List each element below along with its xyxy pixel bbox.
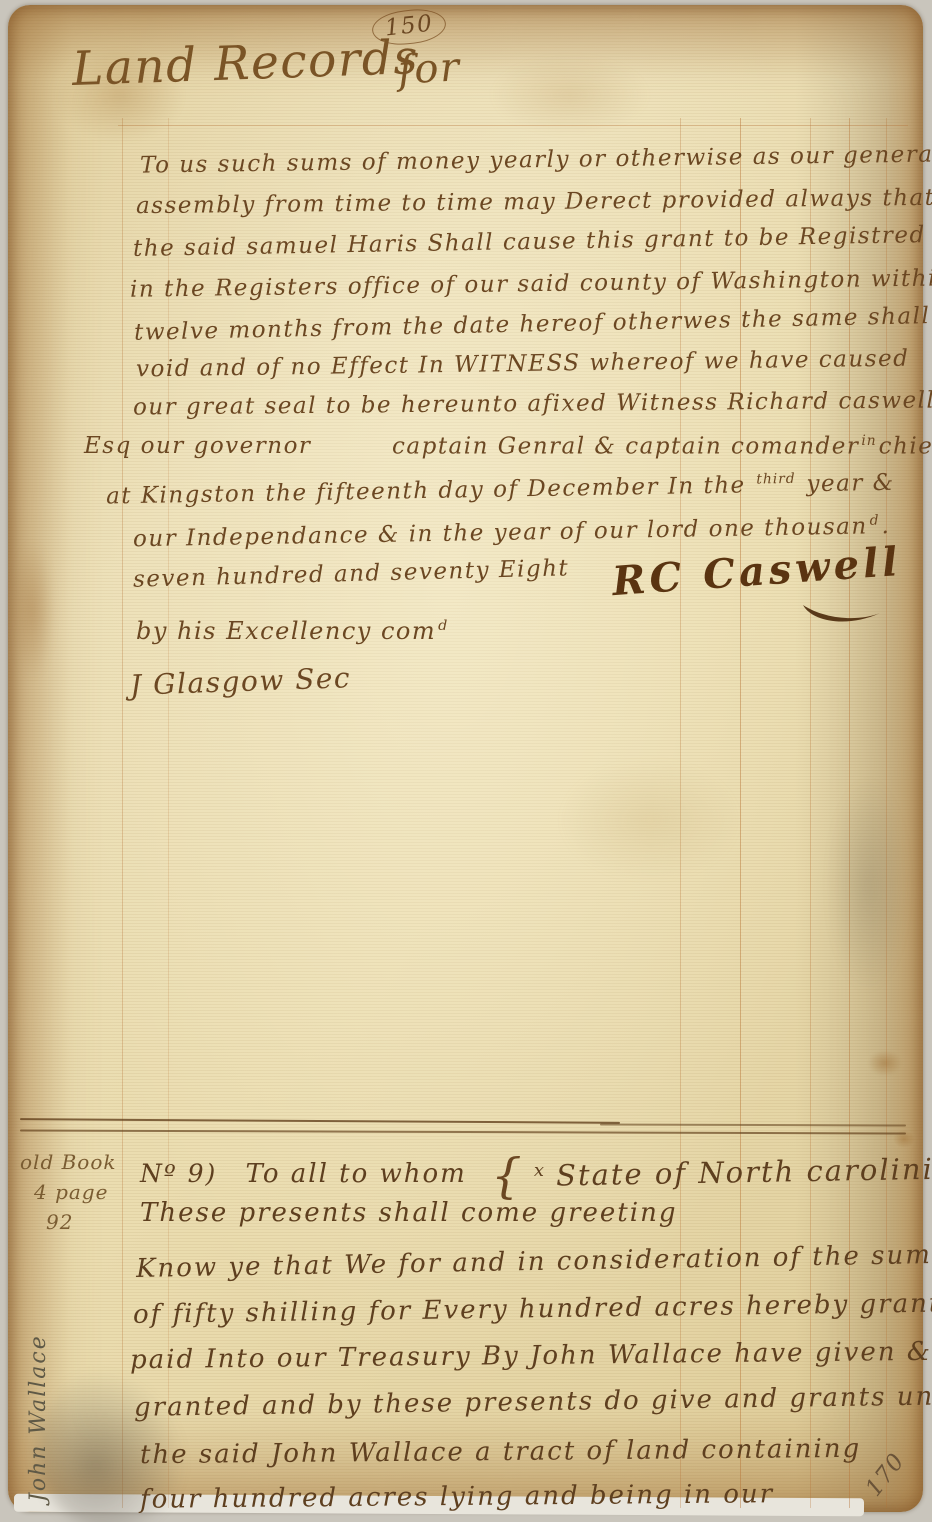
margin-grantee-name: John Wallace bbox=[26, 1262, 51, 1502]
grant1-line8-post: chief bbox=[879, 434, 932, 460]
grant1-line10-superscript: d bbox=[869, 513, 879, 529]
grant2-heading-line: Nº 9) To all to whom { x State of North … bbox=[140, 1148, 932, 1204]
attestation-superscript: d bbox=[438, 618, 448, 634]
grant1-line8-superscript: in bbox=[861, 433, 876, 449]
grant2-text-line: These presents shall come greeting bbox=[140, 1198, 677, 1228]
attestation-line: by his Excellency comd bbox=[136, 617, 450, 645]
grant1-line9-post: year & bbox=[806, 470, 895, 498]
grant2-brace: { bbox=[491, 1148, 524, 1204]
grant2-text-line: the said John Wallace a tract of land co… bbox=[140, 1434, 861, 1470]
grant2-number: Nº 9) bbox=[140, 1159, 217, 1188]
grant1-line8-mid: captain Genral & captain comanderinchief bbox=[392, 433, 932, 460]
margin-book-reference: old Book bbox=[20, 1150, 117, 1174]
header-rule-line bbox=[118, 125, 908, 126]
grant1-line8-mid-text: captain Genral & captain comander bbox=[392, 434, 859, 460]
margin-book-reference: 92 bbox=[46, 1210, 73, 1234]
grant1-line10-post: . bbox=[881, 513, 890, 539]
grant1-line8-pre: Esq our governor bbox=[84, 433, 311, 459]
grant1-text-line: Esq our governor captain Genral & captai… bbox=[84, 433, 924, 459]
grant2-state-title: State of North carolinia bbox=[556, 1152, 932, 1193]
page-title-suffix: for bbox=[397, 44, 462, 93]
margin-rule-left-1 bbox=[122, 118, 123, 1508]
signature-flourish bbox=[800, 600, 884, 628]
attestation-text: by his Excellency com bbox=[136, 617, 436, 645]
margin-book-reference: 4 page bbox=[34, 1180, 108, 1204]
grant2-heading-left: To all to whom bbox=[246, 1159, 467, 1189]
grant2-text-line: four hundred acres lying and being in ou… bbox=[140, 1479, 774, 1515]
grant1-line9-superscript: third bbox=[756, 471, 796, 488]
scanned-ledger-page: { "doc": { "page_number_top": "150", "pa… bbox=[0, 0, 932, 1522]
insertion-mark: x bbox=[534, 1160, 546, 1181]
